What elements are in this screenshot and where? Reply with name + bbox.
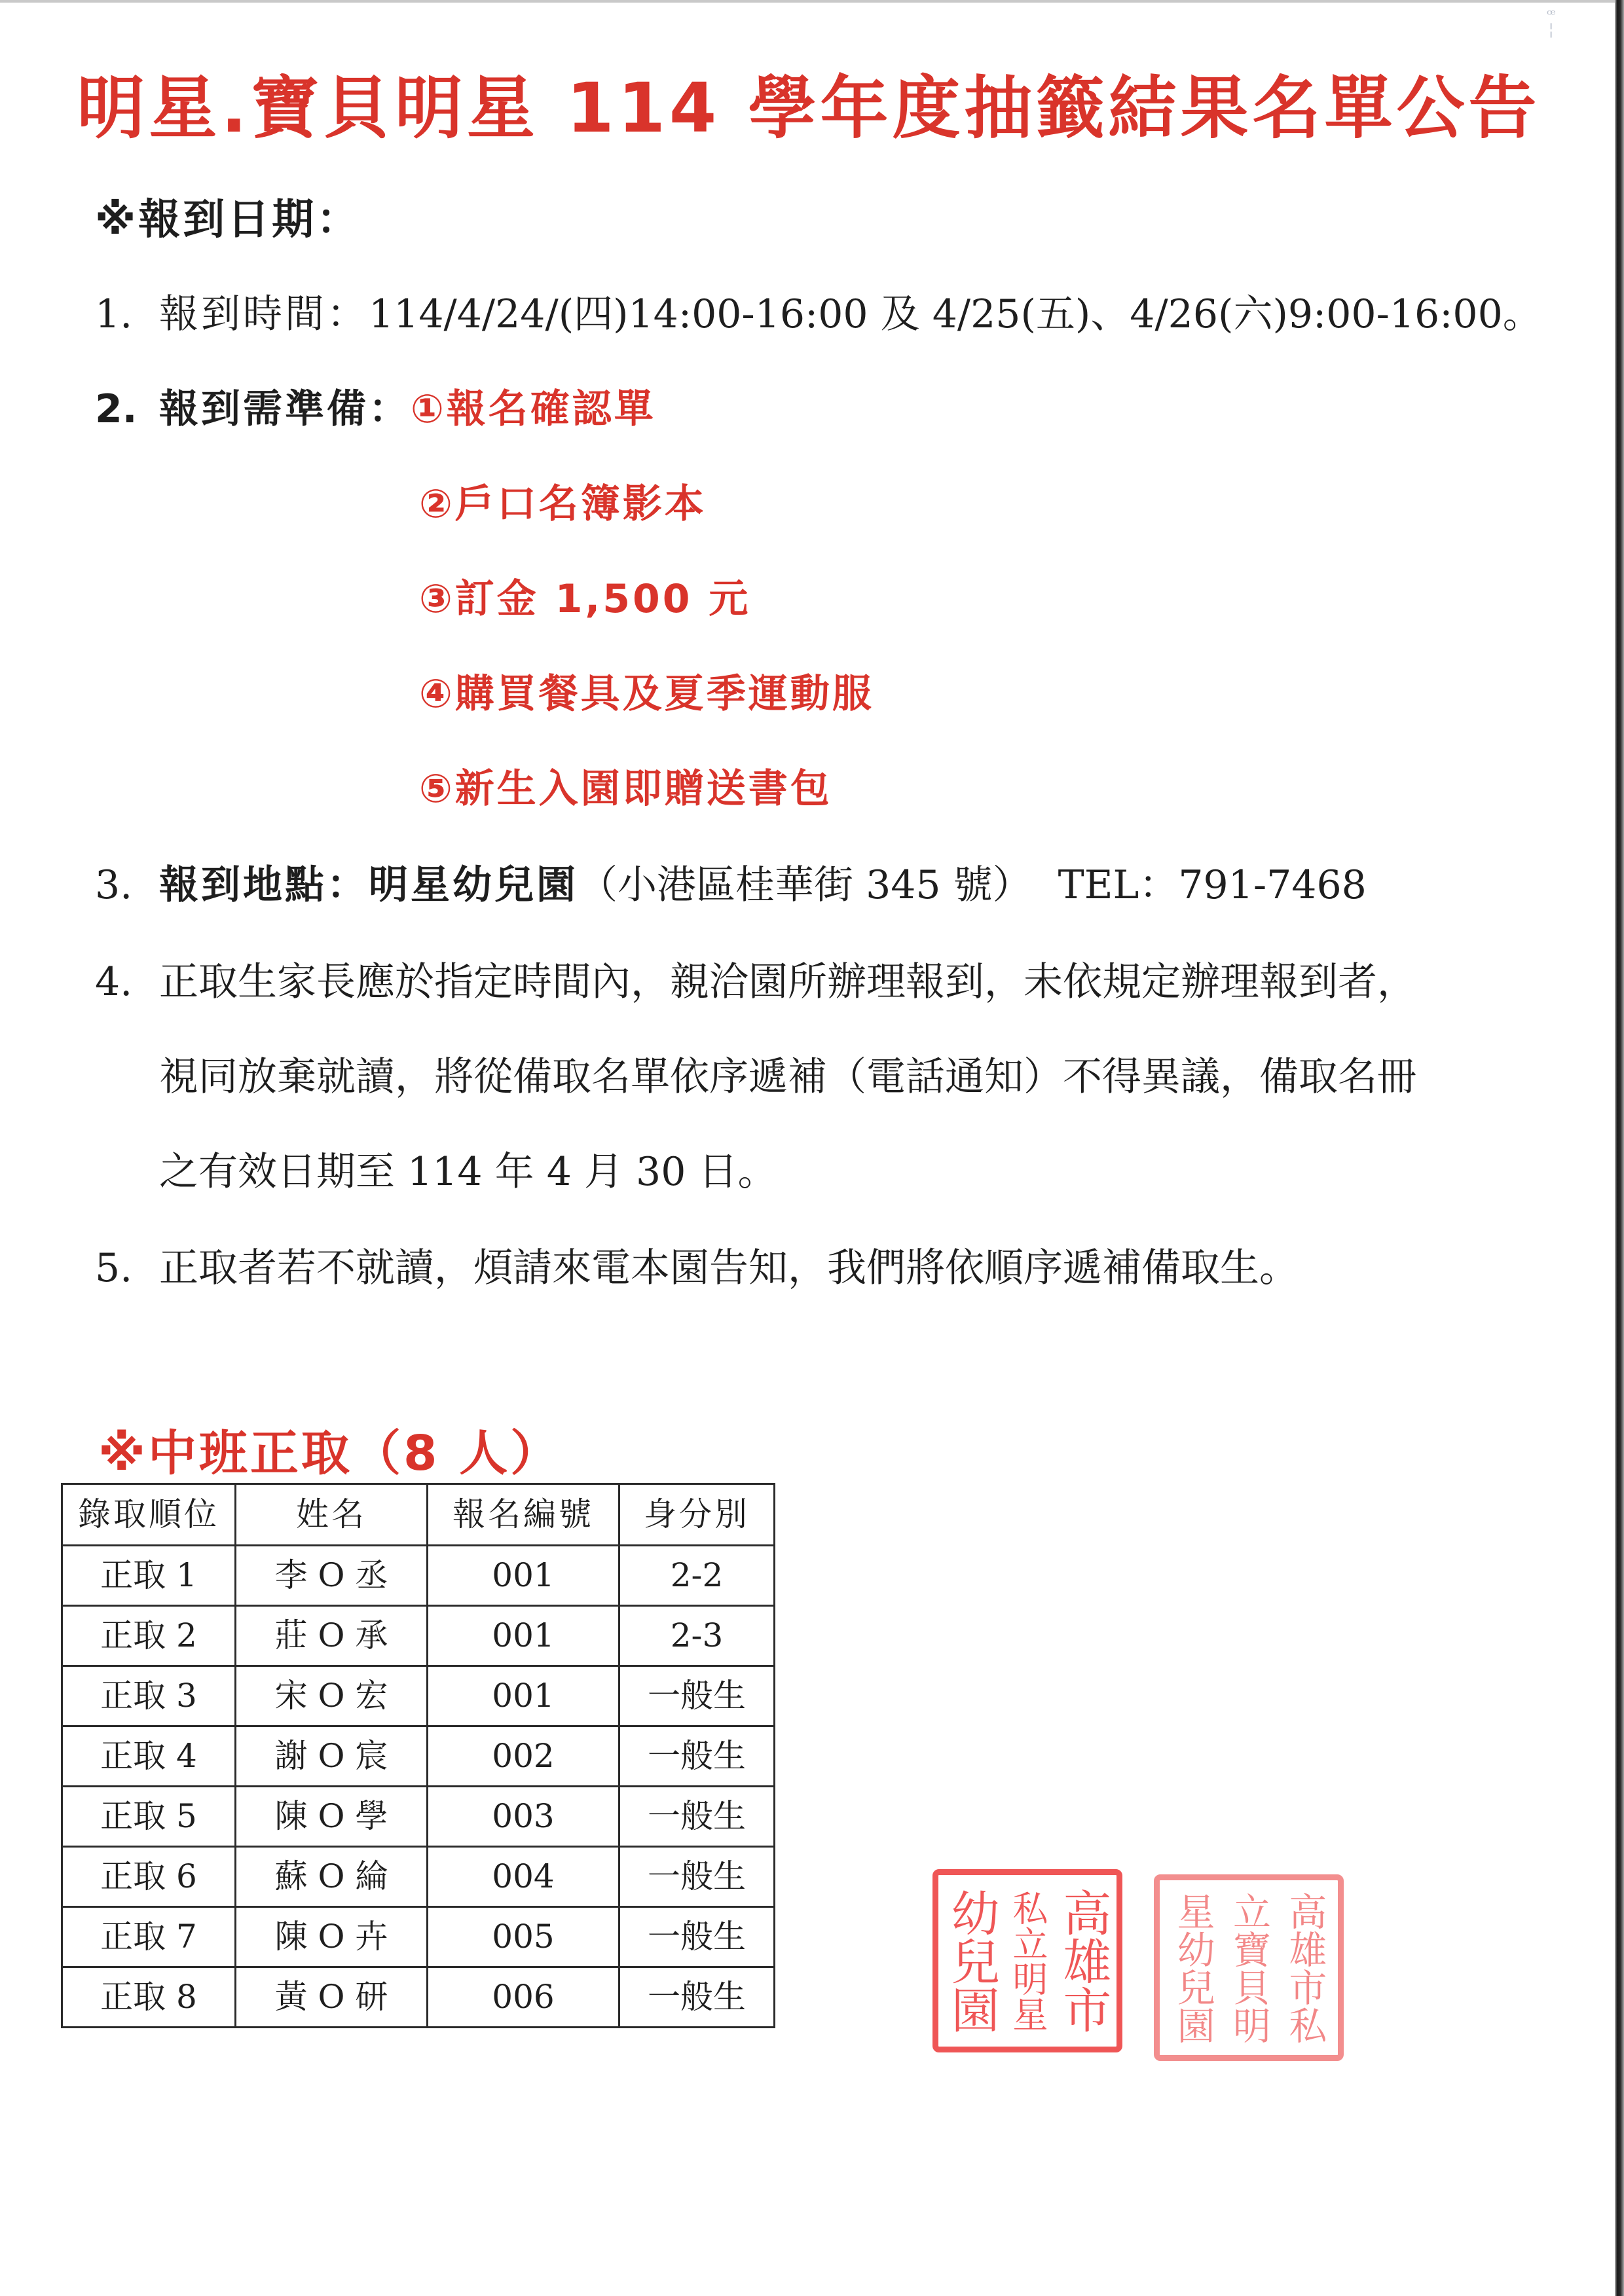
registration-number-cell: 004 [428, 1847, 619, 1907]
table-row: 正取 8 黃 O 研 006 一般生 [62, 1967, 775, 2028]
registration-number-cell: 001 [428, 1606, 619, 1666]
official-seal-baobei-mingxing: 高雄市私 立寶貝明 星幼兒園 [1154, 1874, 1344, 2061]
item-4: 4.正取生家長應於指定時間內，親洽園所辦理報到，未依規定辦理報到者， [95, 956, 1416, 1008]
name-cell: 蘇 O 綸 [236, 1847, 428, 1907]
table-row: 正取 2 莊 O 承 001 2-3 [62, 1606, 775, 1666]
name-cell: 黃 O 研 [236, 1967, 428, 2028]
item-3: 3.報到地點：明星幼兒園（小港區桂華街 345 號）TEL：791-7468 [95, 859, 1367, 911]
column-header-rank: 錄取順位 [62, 1484, 236, 1546]
rank-cell: 正取 3 [62, 1666, 236, 1726]
location-address: （小港區桂華街 345 號） [578, 862, 1032, 908]
page-title: 明星.寶貝明星 114 學年度抽籤結果名單公告 [0, 62, 1617, 154]
requirement-3: ③訂金 1,500 元 [419, 573, 750, 625]
seal-column: 高雄市 [1059, 1884, 1107, 2037]
column-header-status: 身分別 [619, 1484, 775, 1546]
results-section-title: ※中班正取（8 人） [98, 1421, 561, 1486]
status-cell: 一般生 [619, 1967, 775, 2028]
registration-number-cell: 001 [428, 1546, 619, 1606]
item-number: 4. [95, 956, 159, 1008]
announcement-page: ꟹ╎ 明星.寶貝明星 114 學年度抽籤結果名單公告 ※報到日期： 1.報到時間… [0, 0, 1624, 2296]
item-4-line-3: 之有效日期至 114 年 4 月 30 日。 [159, 1146, 777, 1198]
seal-column: 立寶貝明 [1230, 1889, 1268, 2046]
status-cell: 2-2 [619, 1546, 775, 1606]
rank-cell: 正取 7 [62, 1907, 236, 1967]
item-label: 報到時間： [159, 291, 369, 337]
name-cell: 李 O 丞 [236, 1546, 428, 1606]
seal-column: 私立明星 [1003, 1884, 1052, 2037]
rank-cell: 正取 2 [62, 1606, 236, 1666]
rank-cell: 正取 8 [62, 1967, 236, 2028]
name-cell: 謝 O 宸 [236, 1726, 428, 1787]
table-row: 正取 7 陳 O 卉 005 一般生 [62, 1907, 775, 1967]
name-cell: 宋 O 宏 [236, 1666, 428, 1726]
item-number: 1. [95, 288, 159, 340]
registration-number-cell: 005 [428, 1907, 619, 1967]
column-header-registration-number: 報名編號 [428, 1484, 619, 1546]
rank-cell: 正取 1 [62, 1546, 236, 1606]
requirement-4: ④購買餐具及夏季運動服 [419, 668, 874, 720]
item-number: 3. [95, 859, 159, 911]
status-cell: 一般生 [619, 1847, 775, 1907]
name-cell: 陳 O 學 [236, 1787, 428, 1847]
registration-number-cell: 003 [428, 1787, 619, 1847]
status-cell: 2-3 [619, 1606, 775, 1666]
table-header-row: 錄取順位 姓名 報名編號 身分別 [62, 1484, 775, 1546]
column-header-name: 姓名 [236, 1484, 428, 1546]
item-number: 2. [95, 383, 159, 435]
table-row: 正取 4 謝 O 宸 002 一般生 [62, 1726, 775, 1787]
status-cell: 一般生 [619, 1726, 775, 1787]
location-phone: TEL：791-7468 [1058, 862, 1367, 908]
item-2: 2.報到需準備：①報名確認單 [95, 383, 656, 435]
registration-number-cell: 006 [428, 1967, 619, 2028]
status-cell: 一般生 [619, 1666, 775, 1726]
table-row: 正取 3 宋 O 宏 001 一般生 [62, 1666, 775, 1726]
name-cell: 陳 O 卉 [236, 1907, 428, 1967]
status-cell: 一般生 [619, 1787, 775, 1847]
registration-number-cell: 001 [428, 1666, 619, 1726]
section-heading-report-date: ※報到日期： [95, 194, 361, 246]
requirement-5: ⑤新生入園即贈送書包 [419, 763, 832, 815]
rank-cell: 正取 6 [62, 1847, 236, 1907]
requirement-1: ①報名確認單 [411, 386, 656, 432]
item-number: 5. [95, 1242, 159, 1294]
item-5: 5.正取者若不就讀，煩請來電本園告知，我們將依順序遞補備取生。 [95, 1242, 1299, 1294]
report-time-text: 114/4/24/(四)14:00-16:00 及 4/25(五)、4/26(六… [369, 291, 1542, 337]
requirement-2: ②戶口名簿影本 [419, 478, 707, 530]
official-seal-mingxing: 高雄市 私立明星 幼兒園 [932, 1869, 1122, 2052]
item-1: 1.報到時間：114/4/24/(四)14:00-16:00 及 4/25(五)… [95, 288, 1542, 340]
seal-column: 高雄市私 [1285, 1889, 1323, 2046]
seal-column: 星幼兒園 [1174, 1889, 1212, 2046]
item-4-line-1: 正取生家長應於指定時間內，親洽園所辦理報到，未依規定辦理報到者， [159, 959, 1416, 1005]
location-label: 報到地點：明星幼兒園 [159, 862, 578, 908]
status-cell: 一般生 [619, 1907, 775, 1967]
table-row: 正取 5 陳 O 學 003 一般生 [62, 1787, 775, 1847]
table-row: 正取 1 李 O 丞 001 2-2 [62, 1546, 775, 1606]
scan-right-edge [1615, 0, 1624, 2296]
item-label: 報到需準備： [159, 386, 411, 432]
admission-results-table: 錄取順位 姓名 報名編號 身分別 正取 1 李 O 丞 001 2-2 正取 2… [61, 1483, 775, 2028]
item-4-line-2: 視同放棄就讀，將從備取名單依序遞補（電話通知）不得異議，備取名冊 [159, 1051, 1416, 1103]
table-row: 正取 6 蘇 O 綸 004 一般生 [62, 1847, 775, 1907]
rank-cell: 正取 4 [62, 1726, 236, 1787]
name-cell: 莊 O 承 [236, 1606, 428, 1666]
scan-top-edge [0, 0, 1624, 3]
seal-column: 幼兒園 [948, 1884, 996, 2037]
pencil-mark-icon: ꟹ╎ [1547, 8, 1569, 54]
registration-number-cell: 002 [428, 1726, 619, 1787]
item-5-text: 正取者若不就讀，煩請來電本園告知，我們將依順序遞補備取生。 [159, 1245, 1299, 1291]
rank-cell: 正取 5 [62, 1787, 236, 1847]
